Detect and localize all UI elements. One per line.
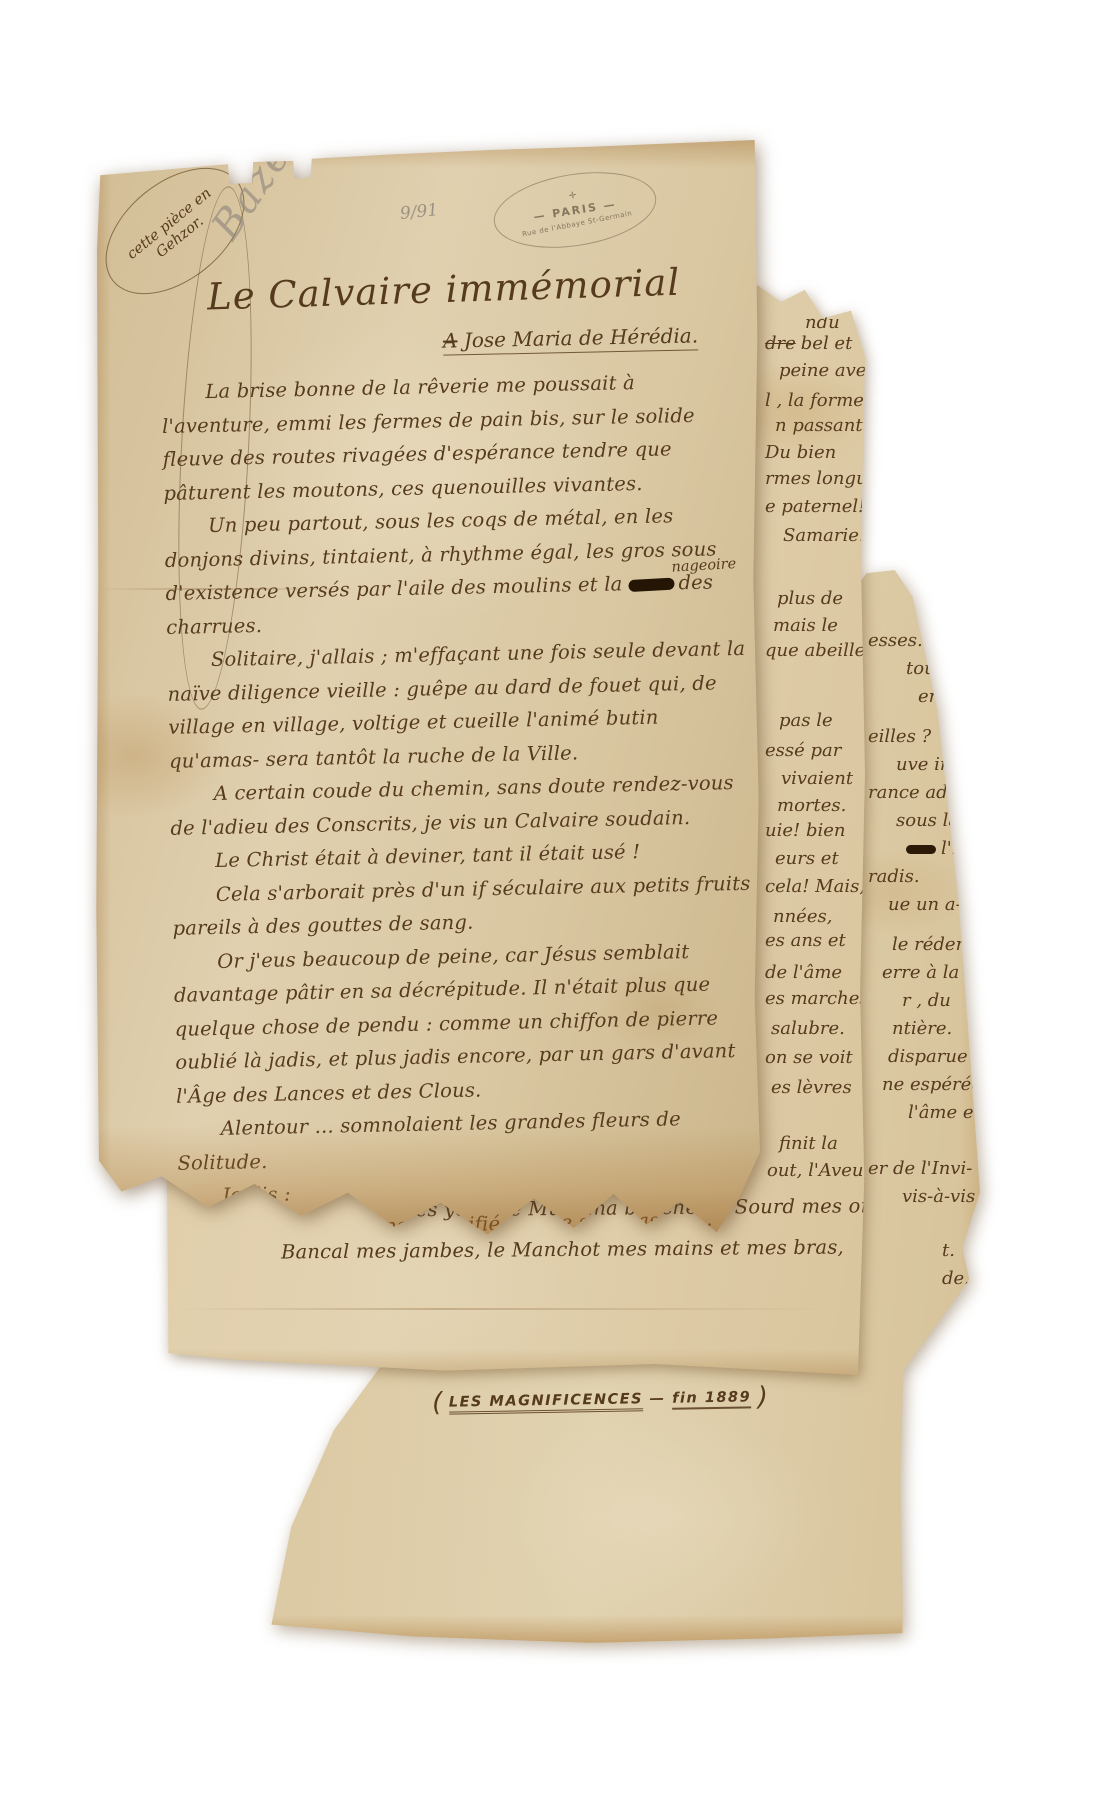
corner-annotation-line: cette pièce en <box>124 185 215 263</box>
pen-flourish-loop <box>167 185 262 712</box>
paragraph: A certain coude du chemin, sans doute re… <box>169 766 752 845</box>
sheet2-text-fragment: mais le <box>773 615 838 636</box>
page-title: Le Calvaire immémorial <box>206 260 687 318</box>
sheet2-text-fragment: on se voit <box>765 1047 853 1068</box>
collection-caption: ( LES MAGNIFICENCES — fin 1889 ) <box>410 1382 790 1419</box>
pencil-name-scrawl: Bazela <box>203 100 323 247</box>
sheet3-shadow-wrap: esses. Ces toute entière, en la- eilles … <box>0 0 1095 1800</box>
sheet2-bottom-line: mes yeux, le Muet ma bouche, le Sourd me… <box>397 1194 954 1222</box>
sheet3-torn-bottom-edge <box>270 1615 902 1645</box>
stamp-city: — PARIS — <box>533 198 618 224</box>
sheet3-text-fragment: uve ingénu- <box>896 754 1003 775</box>
sheet3-text-fragment: ue un a- <box>888 894 962 915</box>
sheet3-text-fragment: t. <box>942 1240 955 1261</box>
corner-annotation-line: Gehzor. <box>153 213 207 261</box>
crease-line <box>95 588 361 590</box>
sheet3-edge-shading <box>960 570 980 1376</box>
dedication-initial: A <box>443 328 458 352</box>
scribbled-out-word: nageoire <box>628 577 675 592</box>
sheet2-text-fragment: que abeille <box>765 640 865 661</box>
paragraph: Alentour ... somnolaient les grandes fle… <box>176 1101 759 1180</box>
sheet3-text-fragment: vis-à-vis <box>902 1186 975 1207</box>
paragraph: Cela s'arborait près d'un if séculaire a… <box>172 866 755 945</box>
paragraph: La brise bonne de la rêverie me poussait… <box>161 364 746 510</box>
sheet3-text-fragment: esses. Ces <box>868 630 962 651</box>
sheet3-text-fragment: de. <box>942 1268 970 1289</box>
sheet2-text-fragment: Du bien <box>765 442 836 463</box>
sheet2-torn-bottom-edge <box>165 1349 865 1375</box>
sheet2-text-fragment: de l'âme <box>765 962 842 983</box>
sheet2-torn-edge-fragment: e pose <box>383 1172 438 1192</box>
manuscript-body: La brise bonne de la rêverie me poussait… <box>161 364 761 1247</box>
sheet2-text-fragment: Samarie. <box>783 525 865 546</box>
stamp-address: Rue de l'Abbaye St-Germain <box>521 209 632 238</box>
sheet3-text-fragment: le rédempteur <box>892 934 1022 955</box>
sheet2-text-fragment: es ans et <box>765 930 846 951</box>
sheet2-text-fragment: uie! bien <box>765 820 845 841</box>
sheet3-text-fragment: radis. <box>868 866 920 887</box>
sheet2-text-fragment: finit la <box>779 1133 838 1154</box>
sheet2-text-fragment: pas le <box>779 710 833 731</box>
sheet1-torn-bottom-edge <box>95 1125 760 1240</box>
caption-collection-title: LES MAGNIFICENCES <box>449 1391 644 1414</box>
paragraph: — Que je te plains, Crucifié, d'être si … <box>179 1201 762 1247</box>
sheet2-text-fragment: es marches <box>765 988 869 1009</box>
sheet3-text-fragment: r , du <box>902 990 951 1011</box>
paragraph: Le Christ était à deviner, tant il était… <box>171 833 754 879</box>
sheet2-text-fragment: cela! Mais, <box>765 876 865 897</box>
sheet2-text-fragment: drebel et <box>765 333 852 354</box>
sheet3-text-fragment: er de l'Invi- <box>868 1158 972 1179</box>
sheet3-text-fragment: erre à la <box>882 962 959 983</box>
pencil-number-annotation: 9/91 <box>399 200 439 224</box>
sheet3-text-fragment: ntière. <box>892 1018 952 1039</box>
manuscript-sheet-1: cette pièce en Gehzor. Bazela 9/91 ✛ — P… <box>95 140 760 1240</box>
sheet3-text-fragment: eilles ? <box>868 726 931 747</box>
sheet2-bottom-line: Bancal mes jambes, le Manchot mes mains … <box>281 1236 844 1264</box>
stamp-cross-icon: ✛ <box>568 192 577 202</box>
sheet1-left-edge-shading <box>95 140 111 1240</box>
interline-correction: nageoire <box>627 557 736 577</box>
library-oval-stamp: ✛ — PARIS — Rue de l'Abbaye St-Germain <box>488 162 661 259</box>
paragraph: Or j'eus beaucoup de peine, car Jésus se… <box>173 933 758 1113</box>
sheet3-text-fragment: rance ad. <box>868 782 953 803</box>
sheet3-text-fragment: toute entière, <box>906 658 1030 679</box>
sheet2-text-fragment: peine avec <box>779 360 877 381</box>
sheet2-shadow-wrap: ndu drebel et peine avec l , la forme n … <box>0 0 1095 1800</box>
caption-dash: — <box>649 1391 665 1407</box>
corner-annotation: cette pièce en Gehzor. <box>82 143 268 320</box>
sheet2-text-fragment: essé par <box>765 740 841 761</box>
sheet2-text-fragment: plus de <box>777 588 843 609</box>
sheet2-text-fragment: mortes. <box>777 795 846 816</box>
sheet2-text-fragment: out, l'Aveugle <box>767 1160 891 1181</box>
crease-line <box>306 1260 874 1262</box>
sheet2-text-fragment: eurs et <box>775 848 839 869</box>
caption-date: fin 1889 <box>672 1389 751 1409</box>
sheet3-text-fragment: sous la <box>896 810 959 831</box>
sheet2-text-fragment: n passant <box>775 415 863 436</box>
caption-paren-open: ( <box>432 1388 443 1418</box>
sheet3-text-fragment: l'âme et <box>908 1102 981 1123</box>
scribbled-out-word <box>906 845 936 854</box>
sheet1-shadow-wrap: cette pièce en Gehzor. Bazela 9/91 ✛ — P… <box>0 0 1095 1800</box>
sheet2-text-fragment: e paternel!... <box>765 496 883 517</box>
caption-paren-close: ) <box>757 1382 768 1412</box>
sheet2-text-fragment: l , la forme <box>765 390 864 411</box>
sheet2-text-fragment: ndu <box>805 312 840 333</box>
dedication-name: Jose Maria de Hérédia. <box>457 323 698 352</box>
sheet2-text-fragment: vivaient <box>781 768 853 789</box>
struck-word: dre <box>765 333 796 354</box>
sheet3-text-fragment: en la- <box>918 686 969 707</box>
sheet1-top-edge-shading <box>95 140 760 168</box>
sheet3-text-fragment: l'ivraie <box>906 838 1003 859</box>
paragraph: Un peu partout, sous les coqs de métal, … <box>164 498 749 644</box>
manuscript-sheet-2: ndu drebel et peine avec l , la forme n … <box>165 280 865 1375</box>
sheet2-text-fragment: es lèvres <box>771 1077 852 1098</box>
manuscript-sheet-3: esses. Ces toute entière, en la- eilles … <box>270 570 980 1645</box>
dedication: A Jose Maria de Hérédia. <box>443 323 699 355</box>
crease-line <box>179 1308 837 1310</box>
sheet3-text-fragment: ne espérée <box>882 1074 982 1095</box>
sheet2-text-fragment: salubre. <box>771 1018 845 1039</box>
paragraph: Solitaire, j'allais ; m'effaçant une foi… <box>167 632 752 778</box>
sheet2-text-fragment: nnées, <box>773 906 832 927</box>
sheet3-text-fragment: disparue <box>888 1046 968 1067</box>
paragraph: Je dis : <box>178 1168 761 1214</box>
sheet2-text-fragment: rmes longues <box>765 468 887 489</box>
